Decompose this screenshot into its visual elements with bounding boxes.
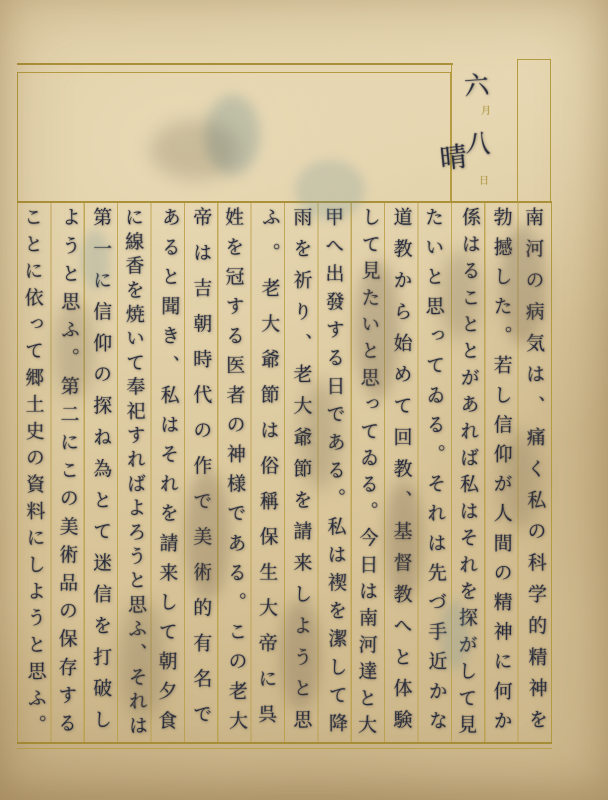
text-column-grid [17, 203, 552, 742]
base-rule-thin [17, 748, 552, 749]
date-column-left-rule [451, 63, 452, 203]
handwritten-day-value: 八 [466, 131, 492, 157]
header-blank-box [17, 72, 451, 202]
paper-sheet: 月 日 六 八 晴 南河の病気は、痛く私の科学的精神を勃撼した。若し信仰が人間の… [0, 0, 608, 800]
handwritten-month-value: 六 [463, 72, 490, 99]
header-top-rule [17, 63, 453, 65]
base-rule-thick [17, 742, 552, 744]
printed-day-label: 日 [479, 177, 489, 187]
scanned-diary-page: { "page": { "kind": "handwritten Japanes… [0, 0, 608, 800]
printed-month-label: 月 [481, 107, 491, 117]
handwritten-weather: 晴 [439, 144, 469, 174]
weather-box [517, 59, 551, 203]
